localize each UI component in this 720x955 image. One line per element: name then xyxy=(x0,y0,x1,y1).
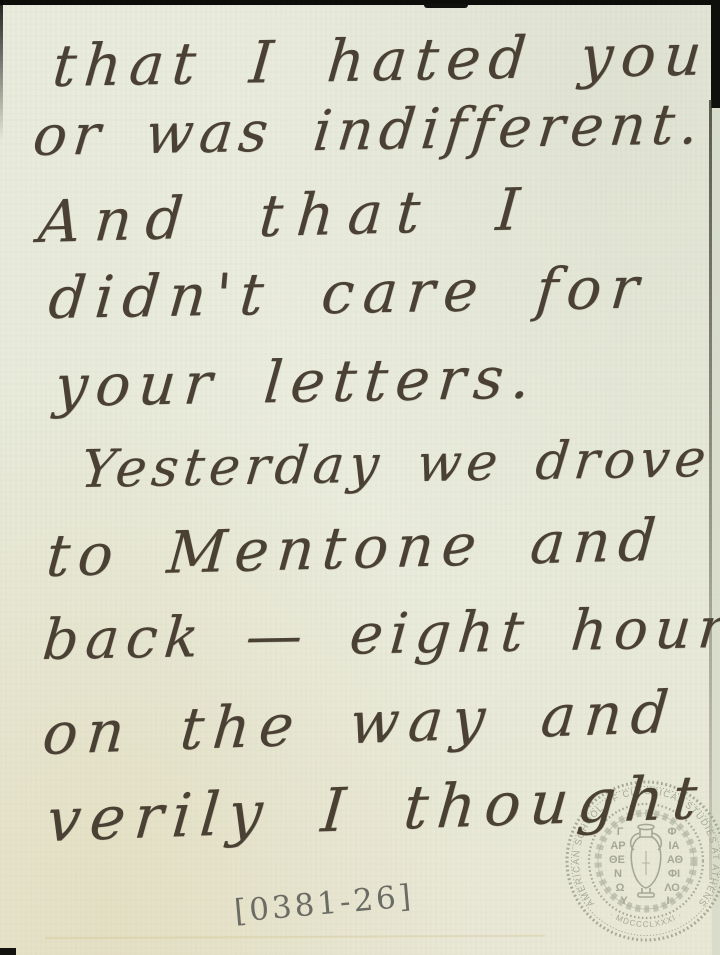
greek-letter: Ω xyxy=(616,882,625,894)
handwritten-line: or was indifferent. xyxy=(30,92,708,169)
scan-border-notch xyxy=(424,4,468,8)
greek-letter: ΙΑ xyxy=(669,840,680,852)
handwritten-line: And that I xyxy=(36,175,536,256)
stamp-year-roman: · MDCCCLXXXI · xyxy=(608,910,684,929)
handwritten-line: on the way and xyxy=(40,678,680,768)
handwritten-line: didn't care for xyxy=(46,253,650,332)
scan-border-top xyxy=(0,0,720,5)
greek-letter: Ι xyxy=(666,895,669,907)
greek-letter: ΦΙ xyxy=(668,868,680,880)
handwritten-line: back — eight hours xyxy=(40,595,720,673)
scan-border-bottom-left xyxy=(0,948,16,955)
paper-crease xyxy=(45,935,545,940)
greek-letter: ΑΡ xyxy=(610,840,625,852)
handwritten-line: your letters. xyxy=(52,343,541,420)
stamp-year-holder: · MDCCCLXXXI · xyxy=(608,910,684,929)
handwritten-line: that I hated you xyxy=(50,20,712,100)
greek-letter: ΛΟ xyxy=(664,882,680,894)
greek-letter: ΑΘ xyxy=(667,854,684,866)
scan-border-right xyxy=(711,0,720,108)
greek-letter: Ν xyxy=(614,868,622,880)
handwritten-line: to Mentone and xyxy=(44,506,666,590)
greek-letter: Υ xyxy=(620,895,628,907)
handwritten-line: Yesterday we drove xyxy=(78,429,714,500)
letter-scan-page: AMERICAN SCHOOL OF CLASSICAL STUDIES AT … xyxy=(0,0,720,955)
paper-edge-shadow xyxy=(709,100,712,880)
scan-border-left xyxy=(0,0,3,140)
archival-number: [0381-26] xyxy=(233,878,415,930)
greek-letter: ΘΕ xyxy=(609,854,625,866)
